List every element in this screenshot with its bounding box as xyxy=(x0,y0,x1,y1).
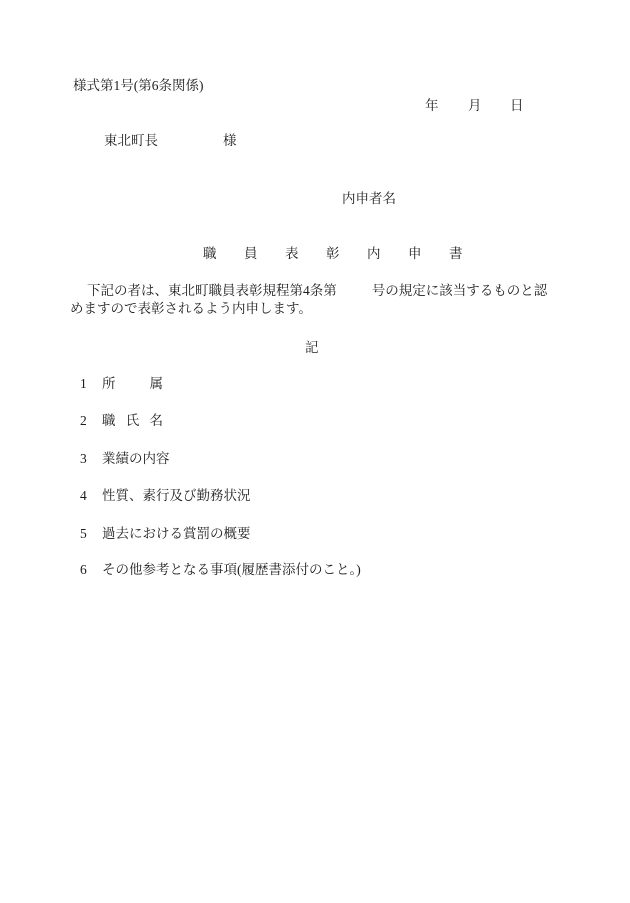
body-line1-post: 号の規定に該当するものと認 xyxy=(372,283,548,298)
date-year-label: 年 xyxy=(425,99,439,113)
list-item-achievements: 3 業績の内容 xyxy=(80,452,170,466)
list-item-character-conduct: 4 性質、素行及び勤務状況 xyxy=(80,489,251,503)
item-number: 5 xyxy=(80,527,102,541)
item-number: 3 xyxy=(80,452,102,466)
document-title: 職員表彰内申書 xyxy=(203,247,490,261)
addressee-honorific: 様 xyxy=(223,134,237,148)
date-day-label: 日 xyxy=(510,99,524,113)
body-paragraph-line1: 下記の者は、東北町職員表彰規程第4条第号の規定に該当するものと認 xyxy=(87,284,547,298)
list-item-past-rewards: 5 過去における賞罰の概要 xyxy=(80,527,251,541)
body-line1-pre: 下記の者は、東北町職員表彰規程第4条第 xyxy=(87,283,337,298)
item-number: 4 xyxy=(80,489,102,503)
item-label: 業績の内容 xyxy=(102,452,170,466)
item-label: その他参考となる事項(履歴書添付のこと。) xyxy=(102,563,361,577)
item-label: 性質、素行及び勤務状況 xyxy=(102,489,251,503)
item-label: 過去における賞罰の概要 xyxy=(102,527,251,541)
list-item-affiliation: 1 所属 xyxy=(80,377,163,391)
list-item-other-reference: 6 その他参考となる事項(履歴書添付のこと。) xyxy=(80,563,361,577)
item-label: 所属 xyxy=(102,377,163,391)
item-number: 6 xyxy=(80,563,102,577)
addressee-title: 東北町長 xyxy=(104,134,158,148)
list-item-position-name: 2 職氏名 xyxy=(80,414,163,428)
body-paragraph-line2: めますので表彰されるよう内申します。 xyxy=(70,302,312,316)
item-number: 1 xyxy=(80,377,102,391)
record-marker: 記 xyxy=(305,341,319,355)
item-number: 2 xyxy=(80,414,102,428)
date-month-label: 月 xyxy=(468,99,482,113)
form-number: 様式第1号(第6条関係) xyxy=(73,79,204,93)
item-label: 職氏名 xyxy=(102,414,163,428)
applicant-name-label: 内申者名 xyxy=(342,192,396,206)
fill-in-blank xyxy=(337,294,372,295)
document-page: 様式第1号(第6条関係) 年 月 日 東北町長 様 内申者名 職員表彰内申書 下… xyxy=(0,0,630,903)
